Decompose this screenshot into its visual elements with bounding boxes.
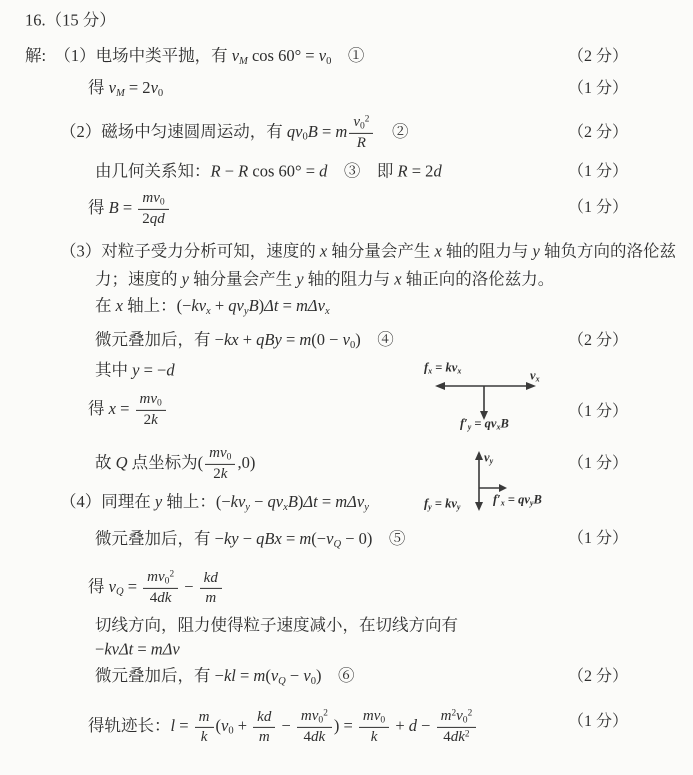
fraction: v02R: [349, 114, 373, 152]
step3-y-eq-d: 其中 y = −d: [95, 361, 175, 382]
score-mark: （2 分）: [568, 667, 628, 687]
score-mark: （1 分）: [568, 162, 628, 182]
fraction: mv02qd: [138, 190, 169, 228]
score-mark: （1 分）: [568, 712, 628, 732]
fraction: mv02k: [136, 391, 166, 429]
score-mark: （1 分）: [568, 198, 628, 218]
left-arrowhead: [435, 382, 445, 390]
score-mark: （1 分）: [568, 529, 628, 549]
right-arrowhead: [499, 484, 507, 492]
step3-analysis-2: 力；速度的 y 轴分量会产生 y 轴的阻力与 x 轴正向的洛伦兹力。: [95, 270, 554, 291]
vx-label: vx: [530, 368, 540, 383]
fraction: mv02k: [205, 445, 235, 483]
step3-q-coords: 故 Q 点坐标为(mv02k,0): [95, 445, 255, 483]
fy-drag-label: fy = kvy: [424, 496, 460, 511]
score-mark: （2 分）: [568, 47, 628, 67]
step4-eq6: 微元叠加后，有 −kl = m(vQ − v0) ⑥: [95, 666, 354, 688]
step4-tangent-eq: −kvΔt = mΔv: [95, 640, 180, 661]
fraction: mv0k: [359, 708, 389, 746]
score-mark: （2 分）: [568, 331, 628, 351]
step4-eq5: 微元叠加后，有 −ky − qBx = m(−vQ − 0) ⑤: [95, 529, 405, 551]
step4-tangent-text: 切线方向，阻力使得粒子速度减小，在切线方向有: [95, 616, 458, 637]
problem-heading: 16.（15 分）: [25, 11, 116, 32]
step3-analysis-1: （3）对粒子受力分析可知，速度的 x 轴分量会产生 x 轴的阻力与 y 轴负方向…: [60, 242, 676, 263]
step4-trajectory-length: 得轨迹长：l = mk(v0 + kdm − mv024dk) = mv0k +…: [88, 708, 478, 746]
step3-result-x: 得 x = mv02k: [88, 391, 168, 429]
vy-label: vy: [484, 450, 493, 465]
down-arrowhead: [475, 502, 483, 511]
score-mark: （2 分）: [568, 123, 628, 143]
step3-eq4: 微元叠加后，有 −kx + qBy = m(0 − v0) ④: [95, 330, 394, 352]
fx-lorentz-label: f′x = qvyB: [493, 492, 542, 507]
fy-lorentz-label: f′y = qvxB: [460, 416, 509, 431]
step2-result-B: 得 B = mv02qd: [88, 190, 171, 228]
step4-y-axis-eq: （4）同理在 y 轴上：(−kvy − qvxB)Δt = mΔvy: [60, 492, 369, 514]
step2-geometry: 由几何关系知：R − R cos 60° = d ③ 即 R = 2d: [95, 162, 442, 183]
fx-drag-label: fx = kvx: [424, 360, 461, 375]
fraction: mv024dk: [143, 569, 178, 607]
score-mark: （1 分）: [568, 454, 628, 474]
score-mark: （1 分）: [568, 402, 628, 422]
step4-result-vq: 得 vQ = mv024dk − kdm: [88, 569, 224, 607]
step1-result: 得 vM = 2v0: [88, 78, 163, 100]
fraction: kdm: [200, 570, 222, 607]
step3-x-axis-eq: 在 x 轴上：(−kvx + qvyB)Δt = mΔvx: [95, 296, 330, 318]
fraction: mv024dk: [297, 708, 332, 746]
step2-eq2: （2）磁场中匀速圆周运动，有 qv0B = mv02R ②: [60, 114, 408, 152]
exam-solution-page: 16.（15 分）解: （1）电场中类平抛，有 vM cos 60° = v0 …: [0, 0, 693, 775]
score-mark: （1 分）: [568, 79, 628, 99]
up-arrowhead: [475, 451, 483, 460]
fraction: m2v024dk2: [437, 708, 477, 746]
fraction: kdm: [253, 709, 275, 746]
step1-eq1: 解: （1）电场中类平抛，有 vM cos 60° = v0 ①: [25, 46, 364, 68]
fraction: mk: [195, 709, 214, 746]
